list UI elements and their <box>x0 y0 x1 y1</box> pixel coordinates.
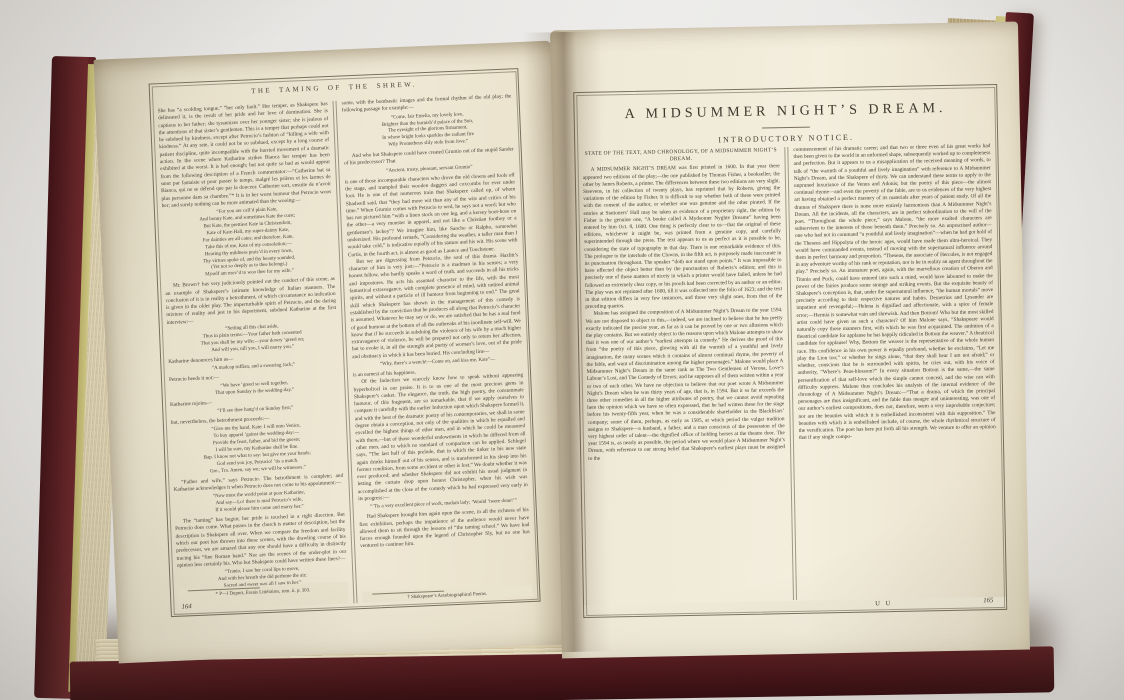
verse-quote: “Setting all this chat aside, Thus in pl… <box>167 322 338 357</box>
section-label: STATE OF THE TEXT, AND CHRONOLOGY, OF A … <box>582 147 779 165</box>
paragraph: The “taming” has begun; her pride is tou… <box>175 512 347 570</box>
paragraph: is one of those incomparable characters … <box>345 172 518 259</box>
right-page-columns: STATE OF THE TEXT, AND CHRONOLOGY, OF A … <box>582 143 999 604</box>
paragraph: Mr. Brown† has very judiciously pointed … <box>165 276 337 327</box>
paragraph: She has “a scolding tongue,” “her only f… <box>158 101 332 210</box>
paragraph: commencement of his dramatic career; and… <box>793 143 996 442</box>
right-page-frame: A MIDSUMMER NIGHT’S DREAM. INTRODUCTORY … <box>573 84 1007 618</box>
verse-quote: “For you are call’d plain Kate, And bonn… <box>162 205 335 281</box>
paragraph: Of the Induction we scarcely know how to… <box>353 372 528 503</box>
footnote-area: † Shakspeare’s Autobiographical Poems. <box>362 584 532 603</box>
verse-quote: “Come, fair Emelia, my lovely love, Brig… <box>342 110 513 152</box>
title-rule <box>762 127 810 129</box>
right-page: A MIDSUMMER NIGHT’S DREAM. INTRODUCTORY … <box>550 22 1030 659</box>
play-title: A MIDSUMMER NIGHT’S DREAM. <box>575 100 997 124</box>
paragraph: But we are digressing from Petrucio, the… <box>348 252 522 361</box>
left-page-frame: THE TAMING OF THE SHREW. She has “a scol… <box>149 68 541 617</box>
gutter-shadow <box>523 31 612 652</box>
paragraph: A MIDSUMMER NIGHT’S DREAM was first prin… <box>583 164 783 312</box>
left-page-columns: She has “a scolding tongue,” “her only f… <box>158 93 533 610</box>
right-page-column-1: STATE OF THE TEXT, AND CHRONOLOGY, OF A … <box>582 147 788 604</box>
paragraph: Malone has assigned the composition of A… <box>585 308 785 463</box>
verse-quote: “Give me thy hand, Kate: I will unto Ven… <box>171 422 343 477</box>
left-page: THE TAMING OF THE SHREW. She has “a scol… <box>94 41 577 664</box>
right-page-number: 165 <box>983 597 993 604</box>
left-page-column-2: some, with the bombastic images and the … <box>341 93 532 603</box>
signature-mark: U U <box>875 600 892 607</box>
photo-backdrop: THE TAMING OF THE SHREW. She has “a scol… <box>0 0 1124 700</box>
paragraph: Had Shakspere brought him again upon the… <box>359 507 530 551</box>
left-page-column-1: She has “a scolding tongue,” “her only f… <box>158 101 349 611</box>
right-page-column-2: commencement of his dramatic career; and… <box>793 143 999 600</box>
